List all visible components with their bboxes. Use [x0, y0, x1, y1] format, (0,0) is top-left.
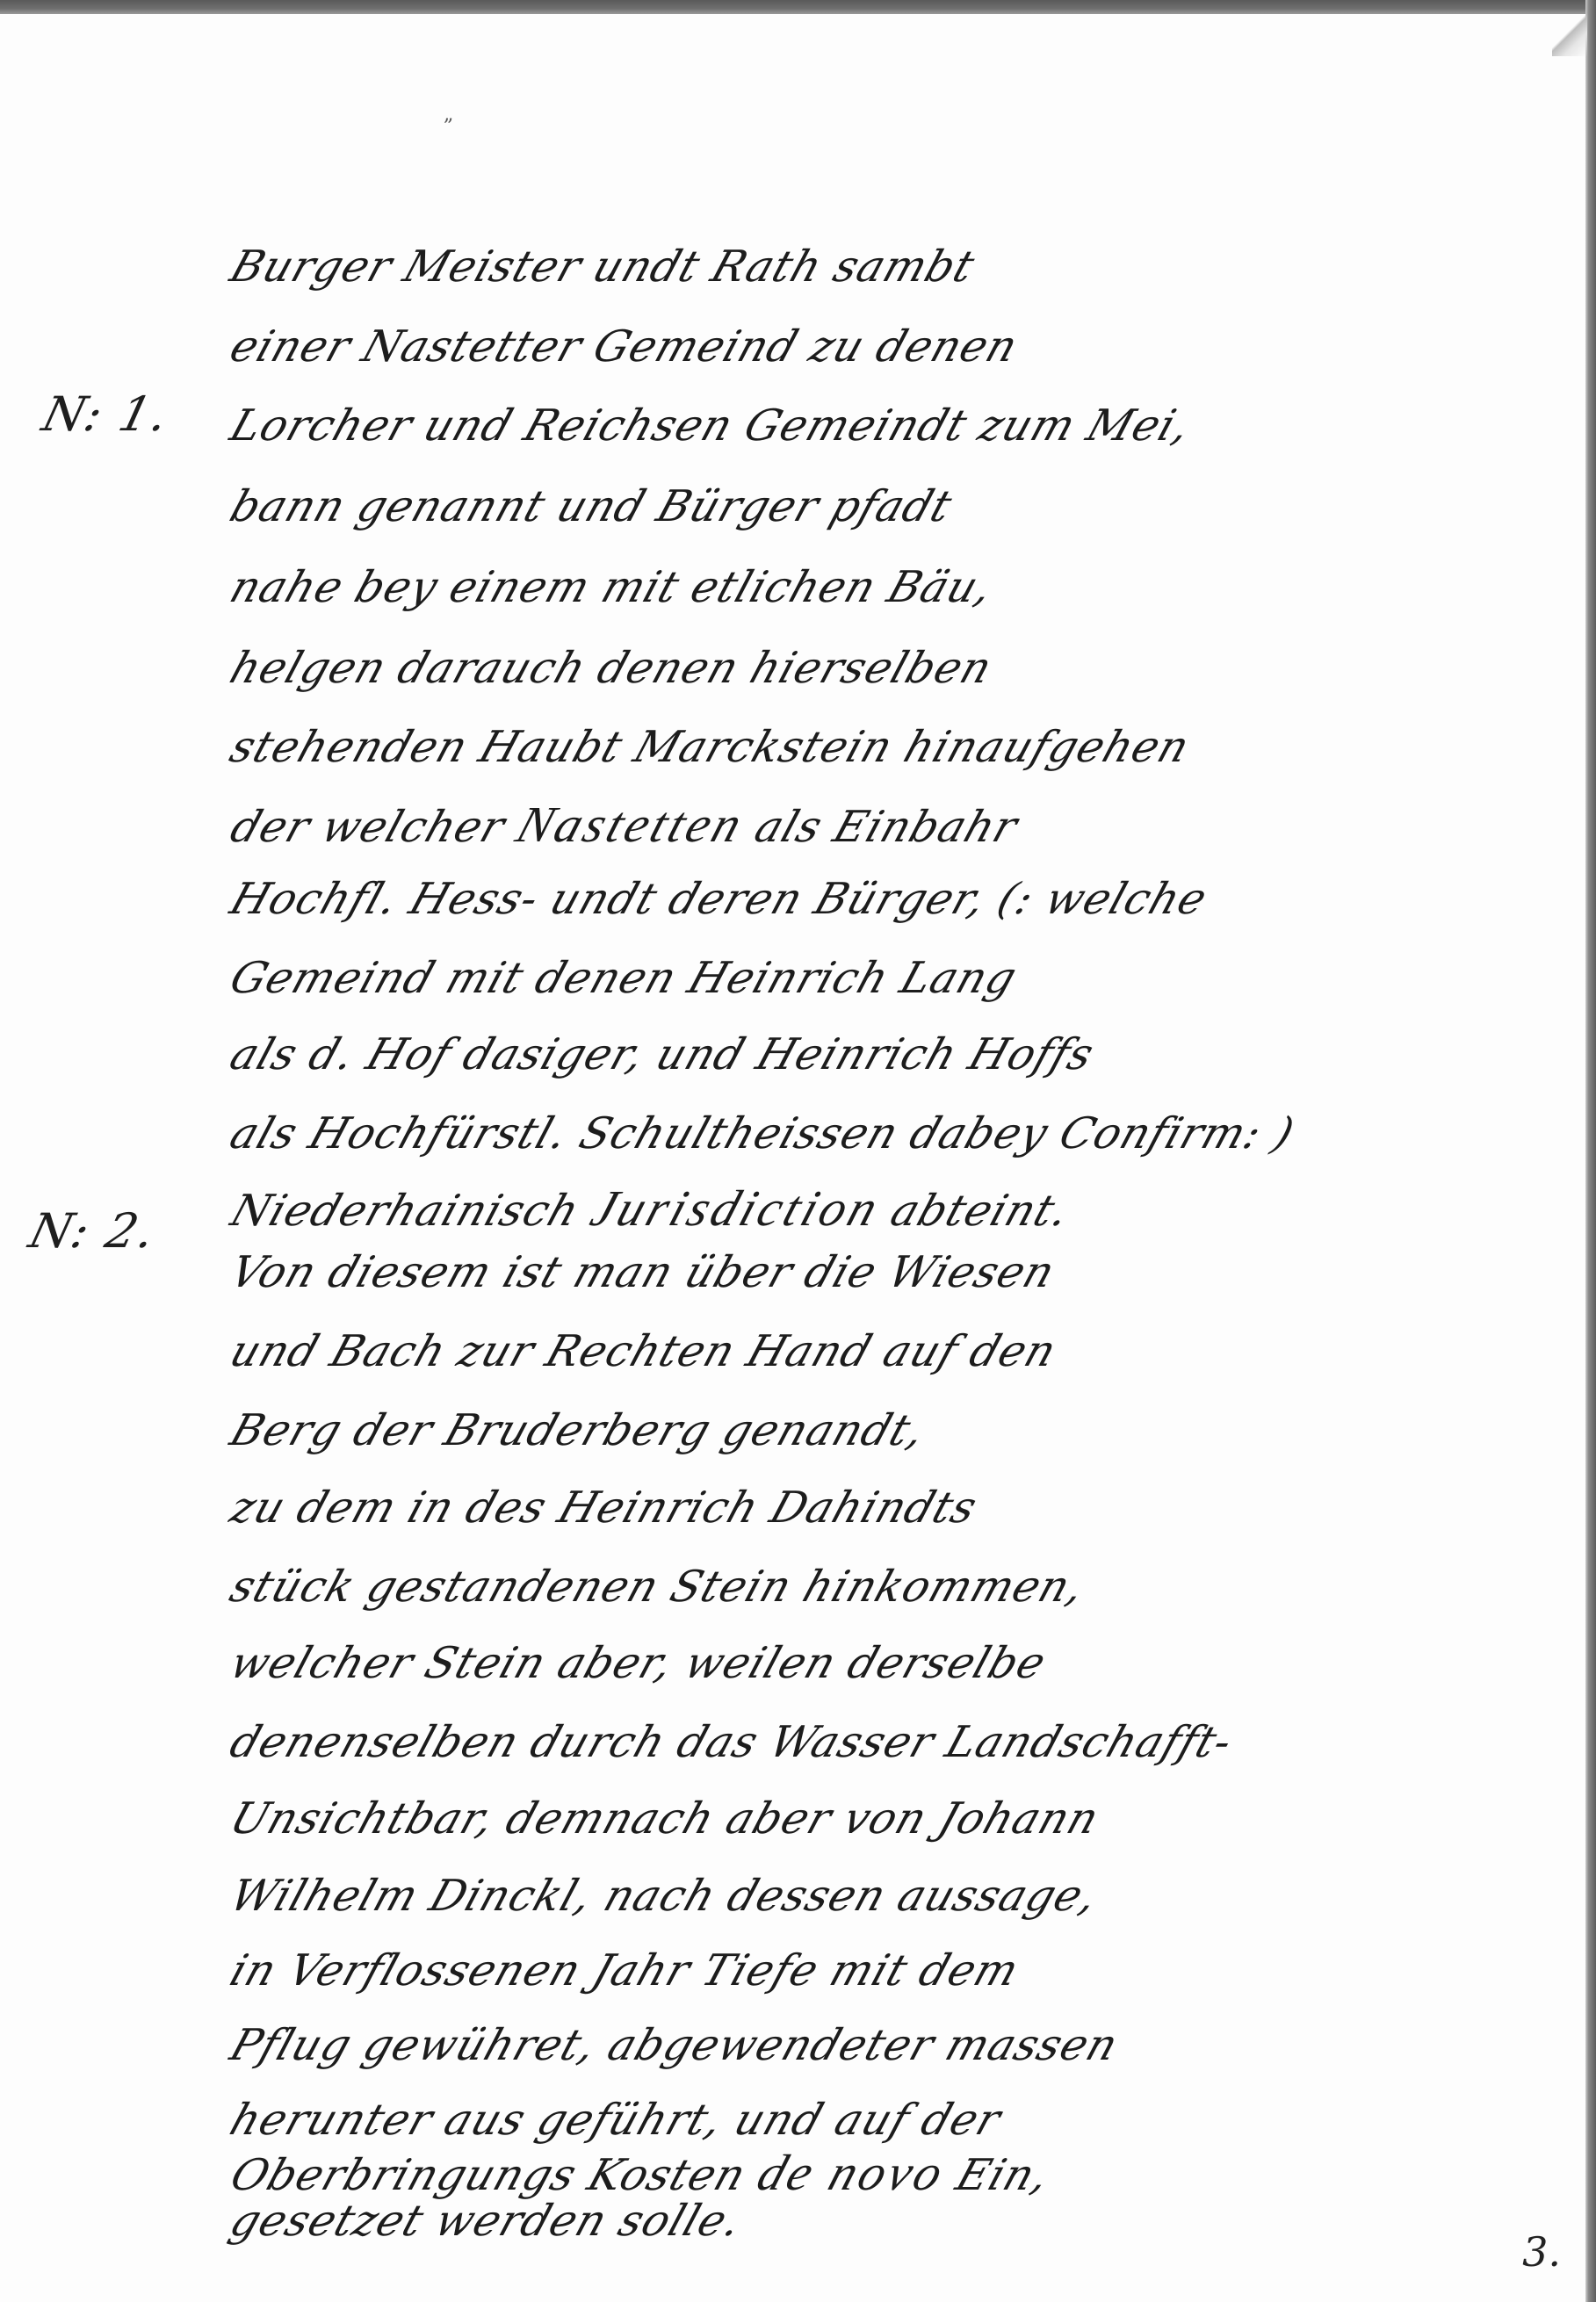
- text-line-2: einer Nastetter Gemeind zu denen: [224, 321, 1576, 372]
- latin-phrase-de-novo: de novo: [751, 2144, 954, 2201]
- page-corner-fold: [1552, 12, 1587, 56]
- text-line-27: gesetzet werden solle.: [224, 2196, 1576, 2246]
- text-line-12: als Hochfürstl. Schultheissen dabey Conf…: [224, 1108, 1576, 1158]
- scan-right-edge: [1585, 0, 1596, 2302]
- place-name-nastetten: Nastetten: [509, 796, 752, 853]
- margin-note-1: N: 1.: [37, 386, 176, 442]
- text-line-6: helgen darauch denen hierselben: [224, 643, 1576, 693]
- text-line-13-tail: abteint.: [885, 1186, 1076, 1236]
- text-line-7: stehenden Haubt Marckstein hinaufgehen: [224, 722, 1576, 772]
- text-line-25: herunter aus geführt, und auf der: [224, 2095, 1576, 2145]
- text-line-16: Berg der Bruderberg genandt,: [224, 1405, 1576, 1455]
- text-line-21: Unsichtbar, demnach aber von Johann: [224, 1793, 1576, 1844]
- text-line-8-lead: der welcher: [225, 802, 512, 852]
- text-line-26-tail: Ein,: [950, 2150, 1057, 2200]
- page-number: 3.: [1522, 2228, 1561, 2276]
- text-line-26: Oberbringungs Kosten de novo Ein,: [224, 2143, 1578, 2202]
- text-line-23: in Verflossenen Jahr Tiefe mit dem: [224, 1945, 1576, 1995]
- text-line-26-lead: Oberbringungs Kosten: [225, 2150, 753, 2200]
- text-line-1: Burger Meister undt Rath sambt: [224, 242, 1576, 292]
- top-ink-mark: „: [444, 104, 453, 126]
- text-line-13: Niederhainisch Jurisdiction abteint.: [224, 1179, 1578, 1238]
- text-line-15: und Bach zur Rechten Hand auf den: [224, 1326, 1576, 1376]
- text-line-9: Hochfl. Hess- undt deren Bürger, (: welc…: [224, 874, 1576, 924]
- text-line-19: welcher Stein aber, weilen derselbe: [224, 1638, 1576, 1688]
- text-line-22: Wilhelm Dinckl, nach dessen aussage,: [224, 1871, 1576, 1921]
- text-line-8: der welcher Nastetten als Einbahr: [224, 795, 1578, 854]
- text-line-18: stück gestandenen Stein hinkommen,: [224, 1562, 1576, 1612]
- text-line-13-lead: Niederhainisch: [225, 1186, 587, 1236]
- manuscript-page: „ N: 1. N: 2. Burger Meister undt Rath s…: [0, 0, 1596, 2302]
- text-line-24: Pflug gewühret, abgewendeter massen: [224, 2020, 1576, 2070]
- text-line-14: Von diesem ist man über die Wiesen: [224, 1247, 1576, 1297]
- text-line-4: bann genannt und Bürger pfadt: [224, 481, 1576, 531]
- text-line-11: als d. Hof dasiger, und Heinrich Hoffs: [224, 1029, 1576, 1079]
- latin-word-jurisdiction: Jurisdiction: [584, 1180, 888, 1237]
- scan-top-edge: [0, 0, 1596, 14]
- text-line-17: zu dem in des Heinrich Dahindts: [224, 1483, 1576, 1533]
- text-line-5: nahe bey einem mit etlichen Bäu,: [224, 562, 1576, 612]
- text-line-10: Gemeind mit denen Heinrich Lang: [224, 953, 1576, 1003]
- text-line-8-tail: als Einbahr: [748, 802, 1024, 852]
- text-line-3: Lorcher und Reichsen Gemeindt zum Mei,: [224, 401, 1576, 451]
- margin-note-2: N: 2.: [24, 1203, 162, 1259]
- text-line-20: denenselben durch das Wasser Landschafft…: [224, 1717, 1576, 1767]
